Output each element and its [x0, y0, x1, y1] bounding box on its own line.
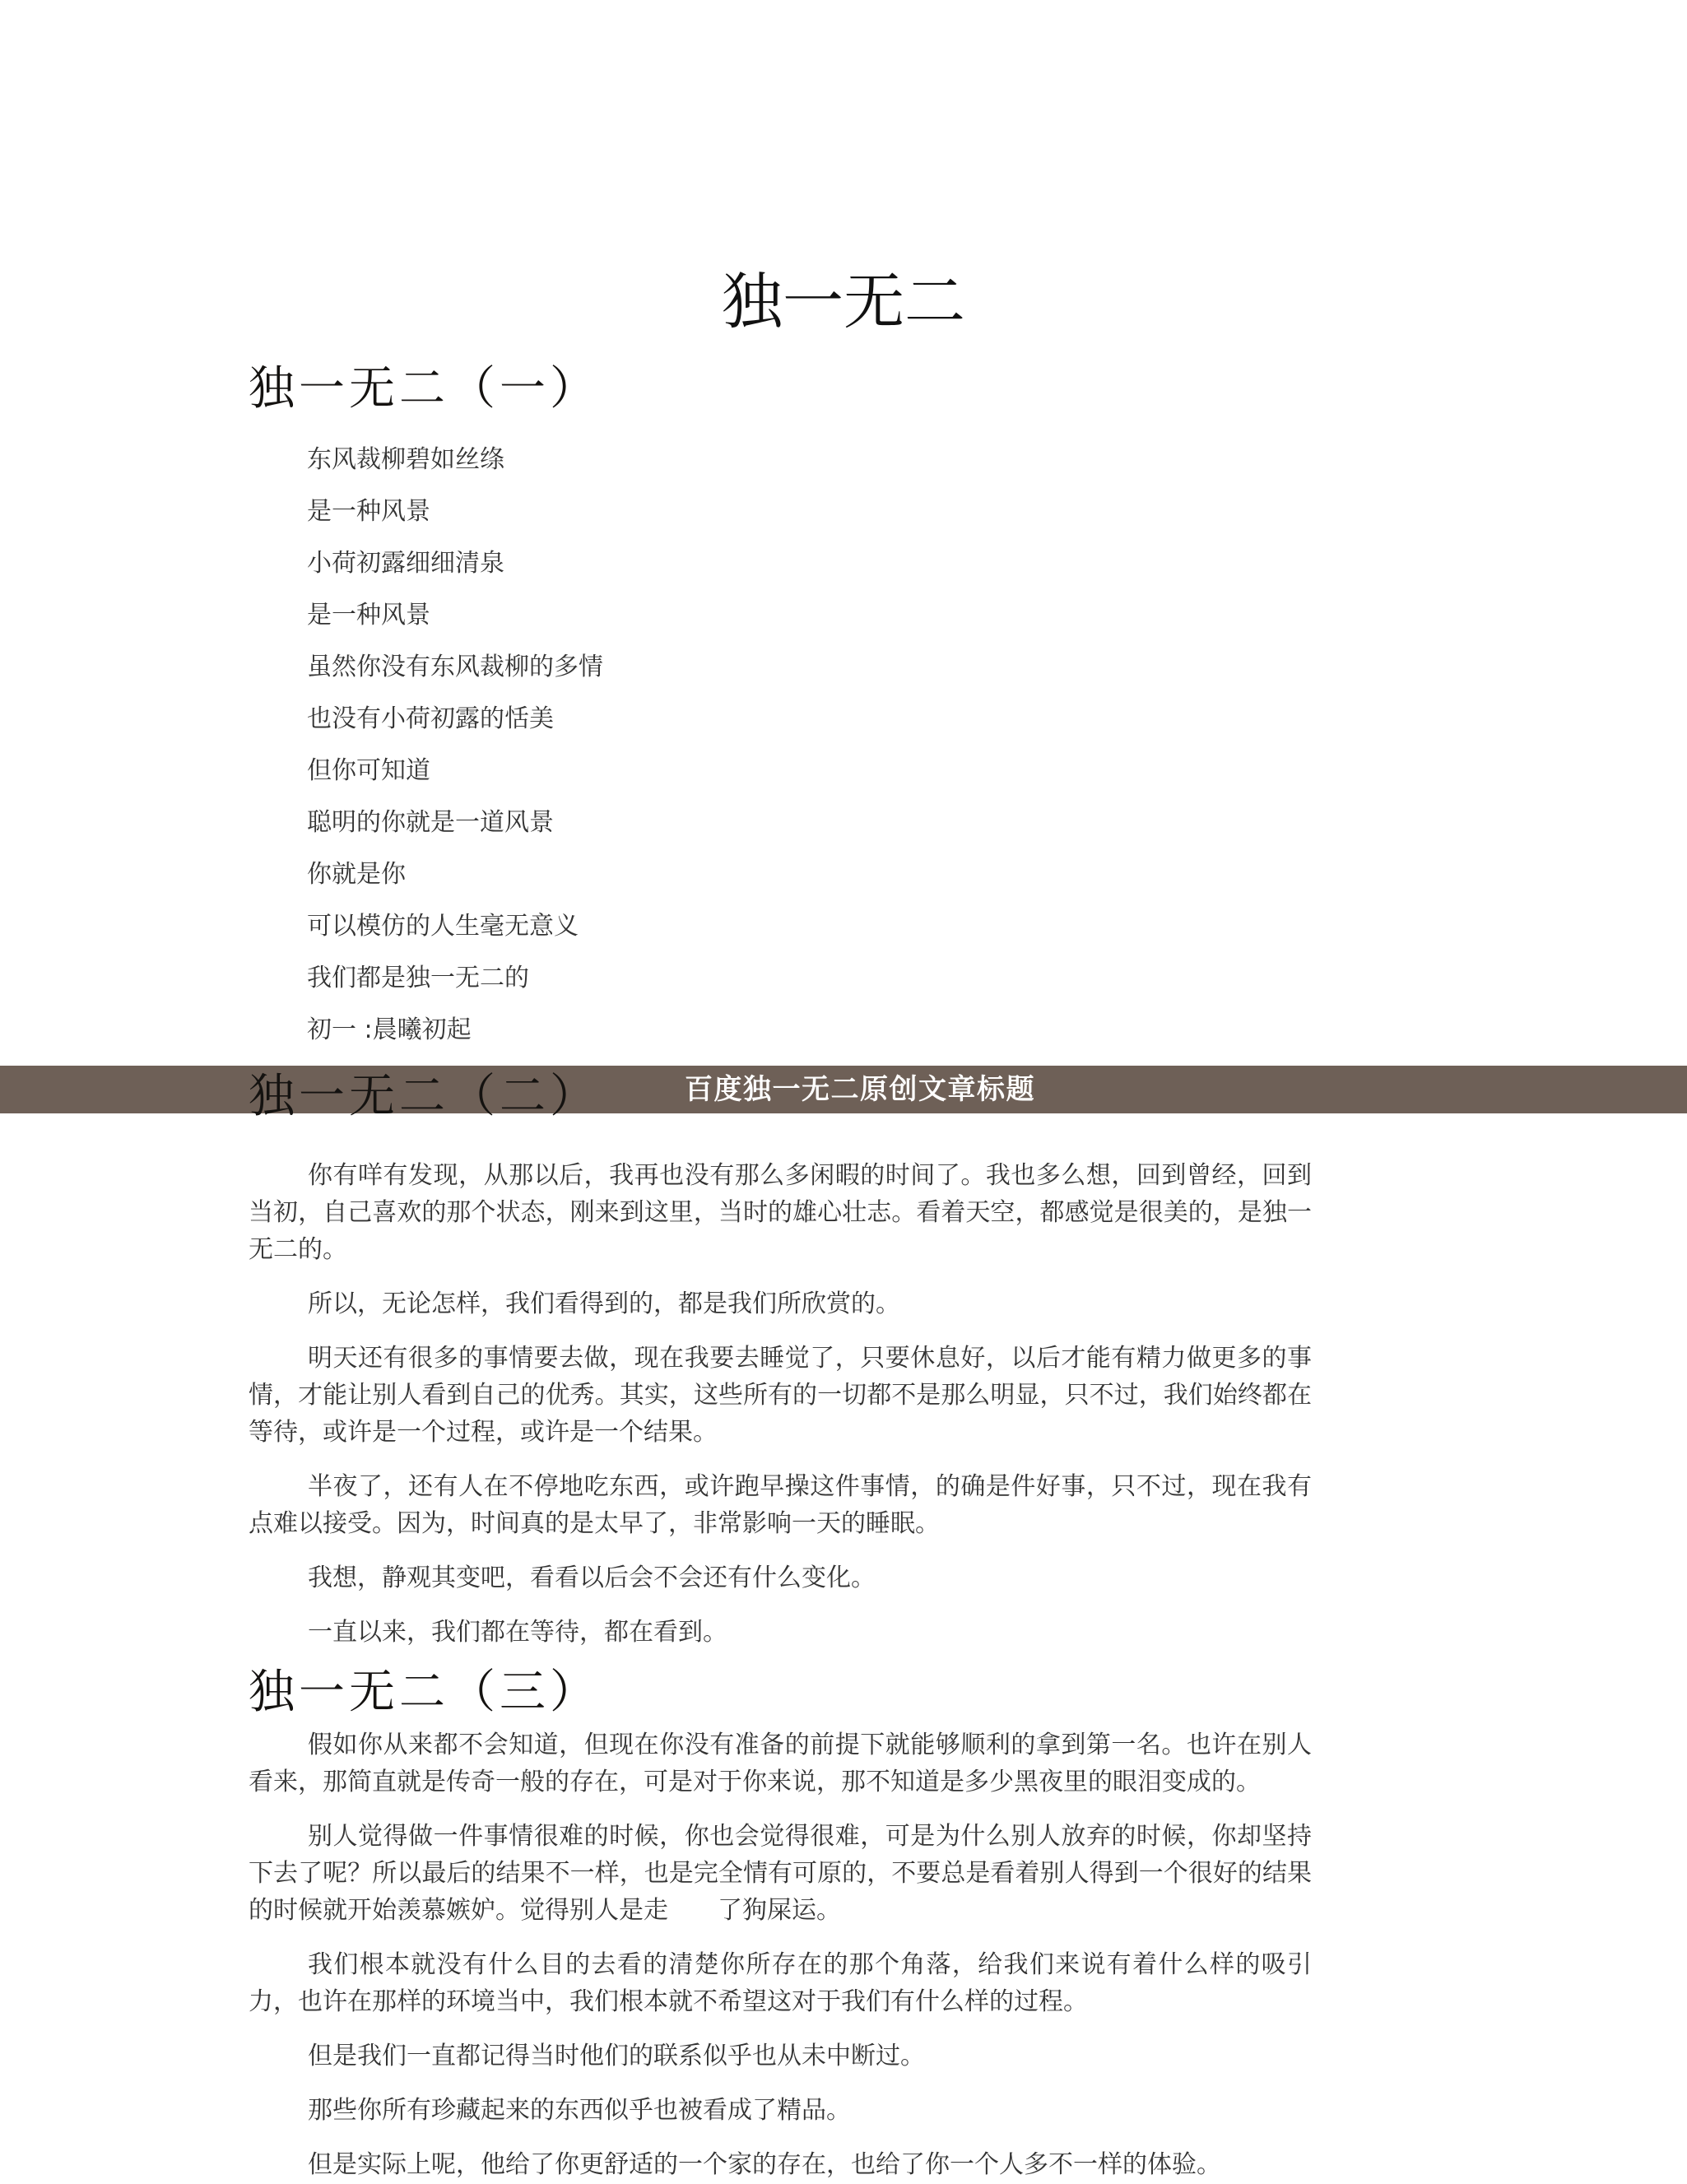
- poem-line: 我们都是独一无二的: [307, 965, 1312, 991]
- paragraph: 我们根本就没有什么目的去看的清楚你所存在的那个角落，给我们来说有着什么样的吸引力…: [249, 1946, 1312, 2020]
- poem-line: 可以模仿的人生毫无意义: [307, 913, 1312, 939]
- paragraph: 你有咩有发现，从那以后，我再也没有那么多闲暇的时间了。我也多么想，回到曾经，回到…: [249, 1157, 1312, 1268]
- section-heading-2: 独一无二（二）: [249, 1072, 1312, 1122]
- poem-line: 聪明的你就是一道风景: [307, 810, 1312, 835]
- section-heading-1: 独一无二（一）: [249, 365, 1312, 414]
- poem-line: 你就是你: [307, 862, 1312, 887]
- poem-line: 是一种风景: [307, 499, 1312, 524]
- document-title: 独一无二: [0, 272, 1687, 332]
- document-page: 独一无二 独一无二（一） 东风裁柳碧如丝绦 是一种风景 小荷初露细细清泉 是一种…: [249, 272, 1312, 2183]
- poem-line: 是一种风景: [307, 602, 1312, 628]
- poem-line: 但你可知道: [307, 758, 1312, 783]
- poem-line: 东风裁柳碧如丝绦: [307, 447, 1312, 472]
- poem-block: 东风裁柳碧如丝绦 是一种风景 小荷初露细细清泉 是一种风景 虽然你没有东风裁柳的…: [307, 447, 1312, 1043]
- paragraph: 我想，静观其变吧，看看以后会不会还有什么变化。: [249, 1559, 1312, 1596]
- section-heading-3: 独一无二（三）: [249, 1668, 1312, 1717]
- paragraph: 所以，无论怎样，我们看得到的，都是我们所欣赏的。: [249, 1285, 1312, 1322]
- poem-line: 小荷初露细细清泉: [307, 551, 1312, 576]
- poem-line: 也没有小荷初露的恬美: [307, 706, 1312, 732]
- paragraph: 但是我们一直都记得当时他们的联系似乎也从未中断过。: [249, 2038, 1312, 2075]
- paragraph: 明天还有很多的事情要去做，现在我要去睡觉了，只要休息好，以后才能有精力做更多的事…: [249, 1340, 1312, 1451]
- paragraph: 半夜了，还有人在不停地吃东西，或许跑早操这件事情，的确是件好事，只不过，现在我有…: [249, 1468, 1312, 1542]
- paragraph: 一直以来，我们都在等待，都在看到。: [249, 1614, 1312, 1651]
- paragraph: 别人觉得做一件事情很难的时候，你也会觉得很难，可是为什么别人放弃的时候，你却坚持…: [249, 1818, 1312, 1929]
- paragraph: 那些你所有珍藏起来的东西似乎也被看成了精品。: [249, 2092, 1312, 2129]
- paragraph: 假如你从来都不会知道，但现在你没有准备的前提下就能够顺利的拿到第一名。也许在别人…: [249, 1726, 1312, 1801]
- poem-line: 虽然你没有东风裁柳的多情: [307, 654, 1312, 680]
- paragraph: 但是实际上呢，他给了你更舒适的一个家的存在，也给了你一个人多不一样的体验。: [249, 2146, 1312, 2183]
- poem-line: 初一 :晨曦初起: [307, 1017, 1312, 1043]
